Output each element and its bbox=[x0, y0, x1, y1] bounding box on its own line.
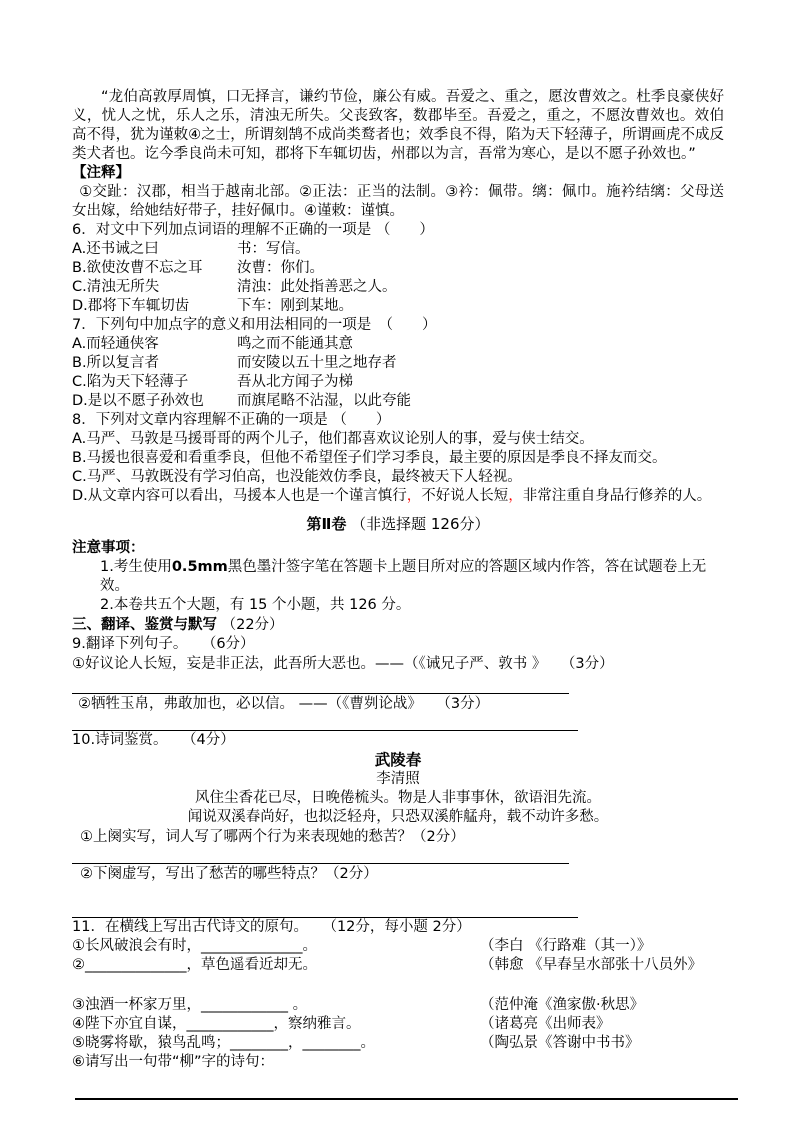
question-8-header: 8．下列对文章内容理解不正确的一项是 （ ） bbox=[72, 411, 724, 430]
section-3-title-bold: 三、翻译、鉴赏与默写 bbox=[72, 617, 217, 633]
option-stem: D.是以不愿子孙效也 bbox=[72, 392, 237, 411]
option-d-text: D.从文章内容可以看出，马援本人也是一个谨言慎行 bbox=[72, 488, 407, 504]
question-11-item-4: ④陛下亦宜自谋，____________，察纳雅言。 （诸葛亮《出师表》 bbox=[72, 1015, 724, 1034]
notes-title: 【注释】 bbox=[72, 164, 724, 183]
recitation-blank: ④陛下亦宜自谋，____________，察纳雅言。 bbox=[72, 1015, 480, 1034]
question-6-option-a: A.还书诫之曰 书：写信。 bbox=[72, 240, 724, 259]
question-11-item-2: ②______________，草色遥看近却无。 （韩愈 《早春呈水部张十八员外… bbox=[72, 956, 724, 975]
section-2-title-bold: 第Ⅱ卷 bbox=[306, 515, 346, 533]
spacer bbox=[72, 975, 724, 996]
question-9-item-1: ①好议论人长短，妄是非正法，此吾所大恶也。——（《诫兄子严、敦书 》 （3分） bbox=[72, 655, 724, 674]
answer-space bbox=[72, 847, 724, 862]
option-stem: D.郡将下车辄切齿 bbox=[72, 297, 237, 316]
option-compare: 鸣之而不能通其意 bbox=[237, 335, 724, 354]
option-stem: C.清浊无所失 bbox=[72, 278, 237, 297]
question-7-option-d: D.是以不愿子孙效也 而旗尾略不沾湿，以此夸能 bbox=[72, 392, 724, 411]
notes-body: ①交趾：汉郡，相当于越南北部。②正法：正当的法制。③衿：佩带。缡：佩巾。施衿结缡… bbox=[72, 183, 724, 221]
option-gloss: 下车：刚到某地。 bbox=[237, 297, 724, 316]
answer-space bbox=[72, 714, 724, 729]
question-8-option-c: C.马严、马敦既没有学习伯高，也没能效仿季良，最终被天下人轻视。 bbox=[72, 468, 724, 487]
question-10-sub-1: ①上阕实写，词人写了哪两个行为来表现她的愁苦？（2分） bbox=[72, 828, 724, 847]
question-9: 9.翻译下列句子。 （6分） ①好议论人长短，妄是非正法，此吾所大恶也。——（《… bbox=[72, 635, 724, 731]
option-gloss: 书：写信。 bbox=[237, 240, 724, 259]
poem: 武陵春 李清照 风住尘香花已尽，日晚倦梳头。物是人非事事休，欲语泪先流。 闻说双… bbox=[72, 751, 724, 827]
question-6-option-b: B.欲使汝曹不忘之耳 汝曹：你们。 bbox=[72, 259, 724, 278]
option-d-red-comma: ， bbox=[407, 488, 422, 504]
answer-space bbox=[72, 674, 724, 692]
question-6-option-c: C.清浊无所失 清浊：此处指善恶之人。 bbox=[72, 278, 724, 297]
poem-author: 李清照 bbox=[72, 770, 724, 789]
poem-title: 武陵春 bbox=[72, 751, 724, 770]
notice-title: 注意事项： bbox=[72, 539, 724, 558]
option-stem: C.陷为天下轻薄子 bbox=[72, 373, 237, 392]
question-11-item-6: ⑥请写出一句带“柳”字的诗句： bbox=[72, 1053, 724, 1072]
section-2-title: 第Ⅱ卷 （非选择题 126分） bbox=[72, 515, 724, 534]
section-3-title: 三、翻译、鉴赏与默写 （22分） bbox=[72, 616, 724, 635]
question-8: 8．下列对文章内容理解不正确的一项是 （ ） A.马严、马敦是马援哥哥的两个儿子… bbox=[72, 411, 724, 506]
question-7-option-b: B.所以复言者 而安陵以五十里之地存者 bbox=[72, 354, 724, 373]
option-stem: A.还书诫之曰 bbox=[72, 240, 237, 259]
answer-blank-line bbox=[72, 862, 569, 864]
question-11-item-3: ③浊酒一杯家万里，____________ 。 （范仲淹《渔家傲·秋思》 bbox=[72, 996, 724, 1015]
poem-line-2: 闻说双溪春尚好，也拟泛轻舟，只恐双溪舴艋舟，载不动许多愁。 bbox=[72, 808, 724, 827]
notice-item-1: 1.考生使用0.5mm黑色墨汁签字笔在答题卡上题目所对应的答题区域内作答，答在试… bbox=[72, 558, 724, 596]
recitation-blank: ②______________，草色遥看近却无。 bbox=[72, 956, 480, 975]
question-11-item-1: ①长风破浪会有时，______________。 （李白 《行路难（其一）》 bbox=[72, 937, 724, 956]
recitation-blank: ⑤晓雾将歇，猿鸟乱鸣；________，________。 bbox=[72, 1034, 480, 1053]
recitation-source: （范仲淹《渔家傲·秋思》 bbox=[480, 996, 724, 1015]
question-8-option-d: D.从文章内容可以看出，马援本人也是一个谨言慎行，不好说人长短，非常注重自身品行… bbox=[72, 487, 724, 506]
answer-space bbox=[72, 884, 724, 916]
question-9-header: 9.翻译下列句子。 （6分） bbox=[72, 635, 724, 654]
question-7: 7．下列句中加点字的意义和用法相同的一项是 （ ） A.而轻通侠客 鸣之而不能通… bbox=[72, 316, 724, 411]
question-8-option-b: B.马援也很喜爱和看重季良，但他不希望侄子们学习季良，最主要的原因是季良不择友而… bbox=[72, 449, 724, 468]
page-bottom-rule bbox=[75, 1098, 738, 1100]
option-compare: 而旗尾略不沾湿，以此夸能 bbox=[237, 392, 724, 411]
exam-paper-page: “龙伯高敦厚周慎，口无择言，谦约节俭，廉公有威。吾爱之、重之，愿汝曹效之。杜季良… bbox=[0, 0, 794, 1123]
recitation-blank: ③浊酒一杯家万里，____________ 。 bbox=[72, 996, 480, 1015]
option-stem: A.而轻通侠客 bbox=[72, 335, 237, 354]
question-11-item-5: ⑤晓雾将歇，猿鸟乱鸣；________，________。 （陶弘景《答谢中书书… bbox=[72, 1034, 724, 1053]
option-gloss: 汝曹：你们。 bbox=[237, 259, 724, 278]
question-9-item-2: ②牺牲玉帛，弗敢加也，必以信。 ——（《曹刿论战》 （3分） bbox=[72, 695, 724, 714]
question-7-header: 7．下列句中加点字的意义和用法相同的一项是 （ ） bbox=[72, 316, 724, 335]
option-stem: B.欲使汝曹不忘之耳 bbox=[72, 259, 237, 278]
question-11-header: 11．在横线上写出古代诗文的原句。 （12分，每小题 2分） bbox=[72, 918, 724, 937]
option-compare: 而安陵以五十里之地存者 bbox=[237, 354, 724, 373]
recitation-source: （李白 《行路难（其一）》 bbox=[480, 937, 724, 956]
passage-paragraph: “龙伯高敦厚周慎，口无择言，谦约节俭，廉公有威。吾爱之、重之，愿汝曹效之。杜季良… bbox=[72, 88, 724, 164]
question-10-header: 10.诗词鉴赏。 （4分） bbox=[72, 731, 724, 750]
question-7-option-a: A.而轻通侠客 鸣之而不能通其意 bbox=[72, 335, 724, 354]
notice-item-2: 2.本卷共五个大题，有 15 个小题，共 126 分。 bbox=[72, 596, 724, 615]
section-3-title-rest: （22分） bbox=[222, 617, 284, 633]
recitation-source: （诸葛亮《出师表》 bbox=[480, 1015, 724, 1034]
poem-line-1: 风住尘香花已尽，日晚倦梳头。物是人非事事休，欲语泪先流。 bbox=[72, 789, 724, 808]
notice-item-1-bold: 0.5mm bbox=[172, 559, 228, 575]
question-7-option-c: C.陷为天下轻薄子 吾从北方闻子为梯 bbox=[72, 373, 724, 392]
option-d-text: 非常注重自身品行修养的人。 bbox=[523, 488, 712, 504]
question-11: 11．在横线上写出古代诗文的原句。 （12分，每小题 2分） ①长风破浪会有时，… bbox=[72, 918, 724, 1072]
question-6: 6．对文中下列加点词语的理解不正确的一项是 （ ） A.还书诫之曰 书：写信。 … bbox=[72, 221, 724, 316]
recitation-blank: ①长风破浪会有时，______________。 bbox=[72, 937, 480, 956]
question-6-header: 6．对文中下列加点词语的理解不正确的一项是 （ ） bbox=[72, 221, 724, 240]
option-gloss: 清浊：此处指善恶之人。 bbox=[237, 278, 724, 297]
section-2-title-rest: （非选择题 126分） bbox=[351, 515, 489, 533]
recitation-source: （陶弘景《答谢中书书》 bbox=[480, 1034, 724, 1053]
question-8-option-a: A.马严、马敦是马援哥哥的两个儿子，他们都喜欢议论别人的事，爱与侠士结交。 bbox=[72, 430, 724, 449]
option-stem: B.所以复言者 bbox=[72, 354, 237, 373]
recitation-source: （韩愈 《早春呈水部张十八员外》 bbox=[480, 956, 724, 975]
notice-block: 注意事项： 1.考生使用0.5mm黑色墨汁签字笔在答题卡上题目所对应的答题区域内… bbox=[72, 539, 724, 615]
option-d-text: 不好说人长短 bbox=[421, 488, 508, 504]
notice-item-1-pre: 1.考生使用 bbox=[100, 559, 172, 575]
question-10: 10.诗词鉴赏。 （4分） 武陵春 李清照 风住尘香花已尽，日晚倦梳头。物是人非… bbox=[72, 731, 724, 918]
question-6-option-d: D.郡将下车辄切齿 下车：刚到某地。 bbox=[72, 297, 724, 316]
answer-blank-line bbox=[72, 692, 569, 694]
option-d-red-comma: ， bbox=[508, 488, 523, 504]
question-10-sub-2: ②下阕虚写，写出了愁苦的哪些特点？（2分） bbox=[72, 865, 724, 884]
option-compare: 吾从北方闻子为梯 bbox=[237, 373, 724, 392]
